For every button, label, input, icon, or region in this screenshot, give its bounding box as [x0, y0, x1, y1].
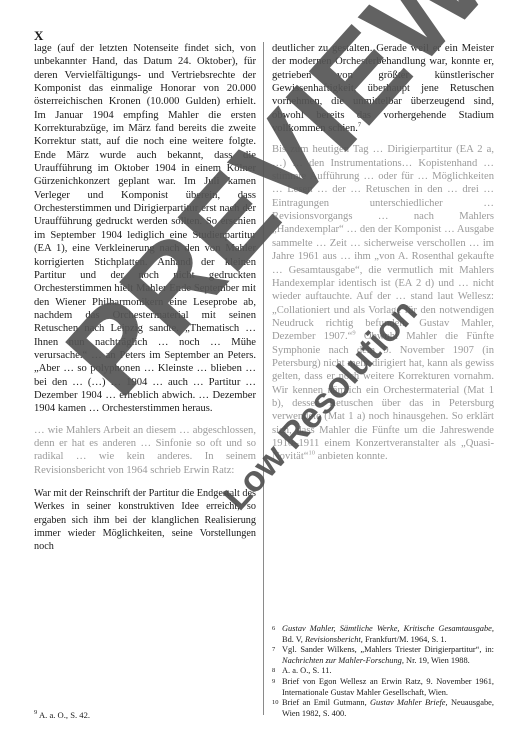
- footnote-text: Brief an Emil Gutmann, Gustav Mahler Bri…: [282, 698, 494, 719]
- footnote-item: 8 A. a. O., S. 11.: [272, 666, 494, 677]
- footnote-plain: Brief an Emil Gutmann,: [282, 698, 370, 707]
- footnote-mark: 8: [272, 666, 282, 677]
- footnote-italic: Revisionsbericht,: [305, 635, 363, 644]
- column-divider: [263, 42, 264, 715]
- footnote-item: 6 Gustav Mahler, Sämtliche Werke, Kritis…: [272, 624, 494, 645]
- footnote-text: Brief von Egon Wellesz an Erwin Ratz, 9.…: [282, 677, 494, 698]
- block-quote: War mit der Reinschrift der Partitur die…: [34, 487, 256, 553]
- footnote-italic: Nachrichten zur Mahler-Forschung,: [282, 656, 404, 665]
- footnote-plain: Nr. 19, Wien 1988.: [404, 656, 470, 665]
- right-paragraph-2-text: Bis zum heutigen Tag … Dirigierpartitur …: [272, 144, 494, 342]
- left-paragraph-2-text: … wie Mahlers Arbeit an diesem … abgesch…: [34, 425, 256, 476]
- left-column: lage (auf der letzten Notenseite findet …: [34, 42, 256, 553]
- footnote-ref: 7: [358, 122, 361, 129]
- footnote-item: 9 Brief von Egon Wellesz an Erwin Ratz, …: [272, 677, 494, 698]
- footnote-plain: Brief von Egon Wellesz an Erwin Ratz, 9.…: [282, 677, 494, 697]
- footnote-item: 7 Vgl. Sander Wilkens, „Mahlers Triester…: [272, 645, 494, 666]
- footnote-plain: Bd. V,: [282, 635, 305, 644]
- footnote-italic: Gustav Mahler, Sämtliche Werke, Kritisch…: [282, 624, 494, 633]
- left-paragraph-2: … wie Mahlers Arbeit an diesem … abgesch…: [34, 424, 256, 477]
- left-paragraph-1-text: lage (auf der letzten Notenseite findet …: [34, 43, 256, 414]
- footnotes: 6 Gustav Mahler, Sämtliche Werke, Kritis…: [272, 624, 494, 719]
- footnote-text: Vgl. Sander Wilkens, „Mahlers Triester D…: [282, 645, 494, 666]
- right-paragraph-2: Bis zum heutigen Tag … Dirigierpartitur …: [272, 143, 494, 463]
- block-quote-text: War mit der Reinschrift der Partitur die…: [34, 488, 256, 552]
- footnote-item: 10 Brief an Emil Gutmann, Gustav Mahler …: [272, 698, 494, 719]
- left-paragraph-1: lage (auf der letzten Notenseite findet …: [34, 42, 256, 416]
- footnote-plain: A. a. O., S. 11.: [282, 666, 331, 675]
- right-paragraph-1-text: deutlicher zu gestalten. Gerade weil er …: [272, 43, 494, 134]
- footnote-plain: Vgl. Sander Wilkens, „Mahlers Triester D…: [282, 645, 494, 654]
- footnote-mark: 6: [272, 624, 282, 645]
- right-paragraph-3-text: Obwohl Mahler die Fünfte Symphonie nach …: [272, 331, 494, 462]
- right-column: deutlicher zu gestalten. Gerade weil er …: [272, 42, 494, 464]
- left-footnote: 9 A. a. O., S. 42.: [34, 710, 90, 720]
- footnote-italic: Gustav Mahler Briefe,: [370, 698, 448, 707]
- footnote-mark: 9: [272, 677, 282, 698]
- right-paragraph-3-end: anbieten konnte.: [315, 451, 388, 462]
- footnote-ref: 9: [352, 330, 355, 337]
- footnote-text: Gustav Mahler, Sämtliche Werke, Kritisch…: [282, 624, 494, 645]
- document-page: X lage (auf der letzten Notenseite finde…: [0, 0, 530, 750]
- left-footnote-text: A. a. O., S. 42.: [39, 710, 90, 720]
- footnote-mark: 7: [272, 645, 282, 666]
- footnote-text: A. a. O., S. 11.: [282, 666, 494, 677]
- footnote-plain: Frankfurt/M. 1964, S. 1.: [363, 635, 447, 644]
- left-footnote-mark: 9: [34, 709, 37, 716]
- right-paragraph-1: deutlicher zu gestalten. Gerade weil er …: [272, 42, 494, 135]
- footnote-mark: 10: [272, 698, 282, 719]
